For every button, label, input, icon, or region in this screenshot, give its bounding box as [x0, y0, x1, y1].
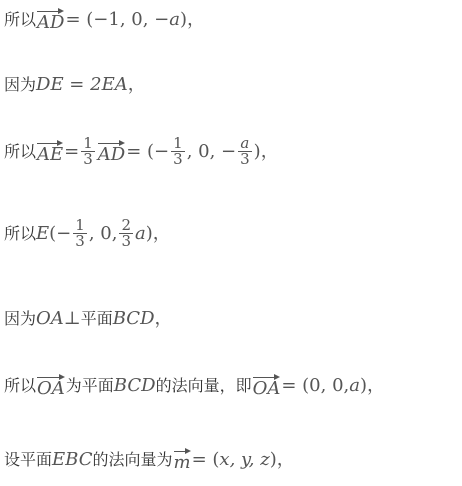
fraction: a3	[238, 136, 252, 167]
vector-ad: AD	[37, 8, 64, 32]
vector-ae: AE	[37, 140, 63, 164]
vector-ad: AD	[98, 140, 125, 164]
math-expression: DE = 2EA	[36, 76, 128, 94]
line-point-e: 所以 E (− 13 , 0, 23 a )，	[4, 218, 171, 249]
fraction: 13	[73, 218, 87, 249]
vector-arrow-icon	[253, 374, 281, 382]
vector-arrow-icon	[37, 374, 65, 382]
line-ae-vector: 所以 AE = 13 AD = (− 13 , 0, − a3 )，	[4, 136, 279, 167]
perp-symbol: ⊥	[64, 310, 81, 328]
fraction: 13	[81, 136, 95, 167]
line-normal-vector-oa: 所以 OA 为平面 BCD 的法向量，即 OA = (0, 0, a )，	[4, 374, 385, 398]
vector-arrow-icon	[174, 448, 191, 456]
vector-m: m	[174, 448, 191, 472]
line-de-2ea: 因为 DE = 2EA ，	[4, 76, 146, 94]
line-ad-vector: 所以 AD = (−1, 0, − a )，	[4, 8, 205, 32]
vector-oa: OA	[37, 374, 65, 398]
fraction: 13	[171, 136, 185, 167]
fraction: 23	[119, 218, 133, 249]
vector-arrow-icon	[37, 140, 63, 148]
text: 所以	[4, 12, 36, 28]
vector-oa: OA	[253, 374, 281, 398]
vector-arrow-icon	[37, 8, 64, 16]
vector-arrow-icon	[98, 140, 125, 148]
line-plane-ebc-normal: 设平面 EBC 的法向量为 m = ( x, y, z )，	[4, 448, 295, 472]
line-oa-perp: 因为 OA ⊥ 平面 BCD ，	[4, 310, 173, 328]
